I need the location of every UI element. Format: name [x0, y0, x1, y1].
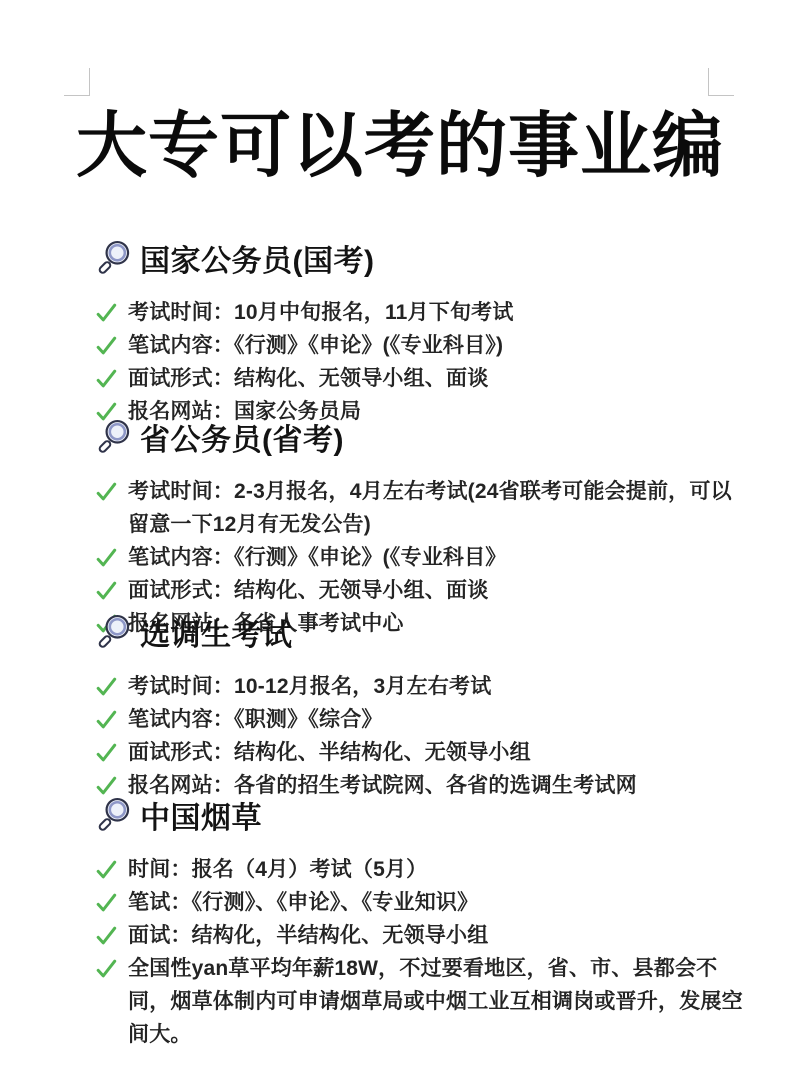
- list-item: 考试时间：10月中旬报名，11月下旬考试: [95, 296, 743, 329]
- sections-container: 国家公务员(国考) 考试时间：10月中旬报名，11月下旬考试 笔试内容：《行测》…: [0, 0, 800, 1067]
- check-icon: [95, 952, 117, 985]
- check-icon: [95, 703, 117, 736]
- check-icon: [95, 574, 117, 607]
- list-item-text: 考试时间：10月中旬报名，11月下旬考试: [128, 296, 743, 329]
- topic-section-2: 省公务员(省考) 考试时间：2-3月报名，4月左右考试(24省联考可能会提前，可…: [95, 417, 743, 640]
- list-item: 考试时间：2-3月报名，4月左右考试(24省联考可能会提前，可以留意一下12月有…: [95, 475, 743, 541]
- list-item: 面试形式：结构化、无领导小组、面谈: [95, 362, 743, 395]
- list-item-text: 笔试内容：《行测》《申论》(《专业科目》): [128, 329, 743, 362]
- document-page: 大专可以考的事业编 国家公务员(国考) 考试时间：10月中旬报名，11月下旬考试: [0, 0, 800, 1067]
- list-item-text: 面试形式：结构化、半结构化、无领导小组: [128, 736, 743, 769]
- check-icon: [95, 329, 117, 362]
- magnifier-icon: [95, 613, 133, 651]
- magnifier-icon: [95, 418, 133, 456]
- list-item: 时间：报名（4月）考试（5月）: [95, 853, 743, 886]
- check-icon: [95, 362, 117, 395]
- topic-heading-row: 中国烟草: [95, 795, 743, 835]
- list-item-text: 笔试内容：《职测》《综合》: [128, 703, 743, 736]
- list-item-text: 时间：报名（4月）考试（5月）: [128, 853, 743, 886]
- list-item: 考试时间：10-12月报名，3月左右考试: [95, 670, 743, 703]
- list-item-text: 面试形式：结构化、无领导小组、面谈: [128, 574, 743, 607]
- list-item: 面试形式：结构化、无领导小组、面谈: [95, 574, 743, 607]
- check-icon: [95, 670, 117, 703]
- topic-item-list: 时间：报名（4月）考试（5月） 笔试：《行测》、《申论》、《专业知识》 面试：结…: [95, 853, 743, 1051]
- check-icon: [95, 919, 117, 952]
- topic-section-3: 选调生考试 考试时间：10-12月报名，3月左右考试 笔试内容：《职测》《综合》…: [95, 612, 743, 802]
- check-icon: [95, 541, 117, 574]
- list-item: 笔试内容：《职测》《综合》: [95, 703, 743, 736]
- list-item-text: 考试时间：10-12月报名，3月左右考试: [128, 670, 743, 703]
- check-icon: [95, 296, 117, 329]
- list-item-text: 考试时间：2-3月报名，4月左右考试(24省联考可能会提前，可以留意一下12月有…: [128, 475, 743, 541]
- magnifier-icon: [95, 796, 133, 834]
- topic-section-4: 中国烟草 时间：报名（4月）考试（5月） 笔试：《行测》、《申论》、《专业知识》…: [95, 795, 743, 1051]
- check-icon: [95, 853, 117, 886]
- topic-title: 国家公务员(国考): [140, 236, 374, 280]
- topic-title: 中国烟草: [140, 793, 262, 837]
- topic-item-list: 考试时间：10月中旬报名，11月下旬考试 笔试内容：《行测》《申论》(《专业科目…: [95, 296, 743, 428]
- topic-heading-row: 国家公务员(国考): [95, 238, 743, 278]
- check-icon: [95, 736, 117, 769]
- topic-section-1: 国家公务员(国考) 考试时间：10月中旬报名，11月下旬考试 笔试内容：《行测》…: [95, 238, 743, 428]
- magnifier-icon: [95, 239, 133, 277]
- check-icon: [95, 886, 117, 919]
- topic-item-list: 考试时间：10-12月报名，3月左右考试 笔试内容：《职测》《综合》 面试形式：…: [95, 670, 743, 802]
- list-item-text: 笔试：《行测》、《申论》、《专业知识》: [128, 886, 743, 919]
- list-item: 面试形式：结构化、半结构化、无领导小组: [95, 736, 743, 769]
- topic-title: 选调生考试: [140, 610, 293, 654]
- topic-title: 省公务员(省考): [140, 415, 344, 459]
- list-item-text: 面试：结构化，半结构化、无领导小组: [128, 919, 743, 952]
- list-item: 笔试内容：《行测》《申论》(《专业科目》: [95, 541, 743, 574]
- topic-heading-row: 选调生考试: [95, 612, 743, 652]
- list-item: 面试：结构化，半结构化、无领导小组: [95, 919, 743, 952]
- check-icon: [95, 475, 117, 508]
- list-item-text: 面试形式：结构化、无领导小组、面谈: [128, 362, 743, 395]
- list-item: 笔试：《行测》、《申论》、《专业知识》: [95, 886, 743, 919]
- list-item: 全国性yan草平均年薪18W，不过要看地区，省、市、县都会不同，烟草体制内可申请…: [95, 952, 743, 1051]
- list-item-text: 笔试内容：《行测》《申论》(《专业科目》: [128, 541, 743, 574]
- list-item-text: 全国性yan草平均年薪18W，不过要看地区，省、市、县都会不同，烟草体制内可申请…: [128, 952, 743, 1051]
- topic-heading-row: 省公务员(省考): [95, 417, 743, 457]
- list-item: 笔试内容：《行测》《申论》(《专业科目》): [95, 329, 743, 362]
